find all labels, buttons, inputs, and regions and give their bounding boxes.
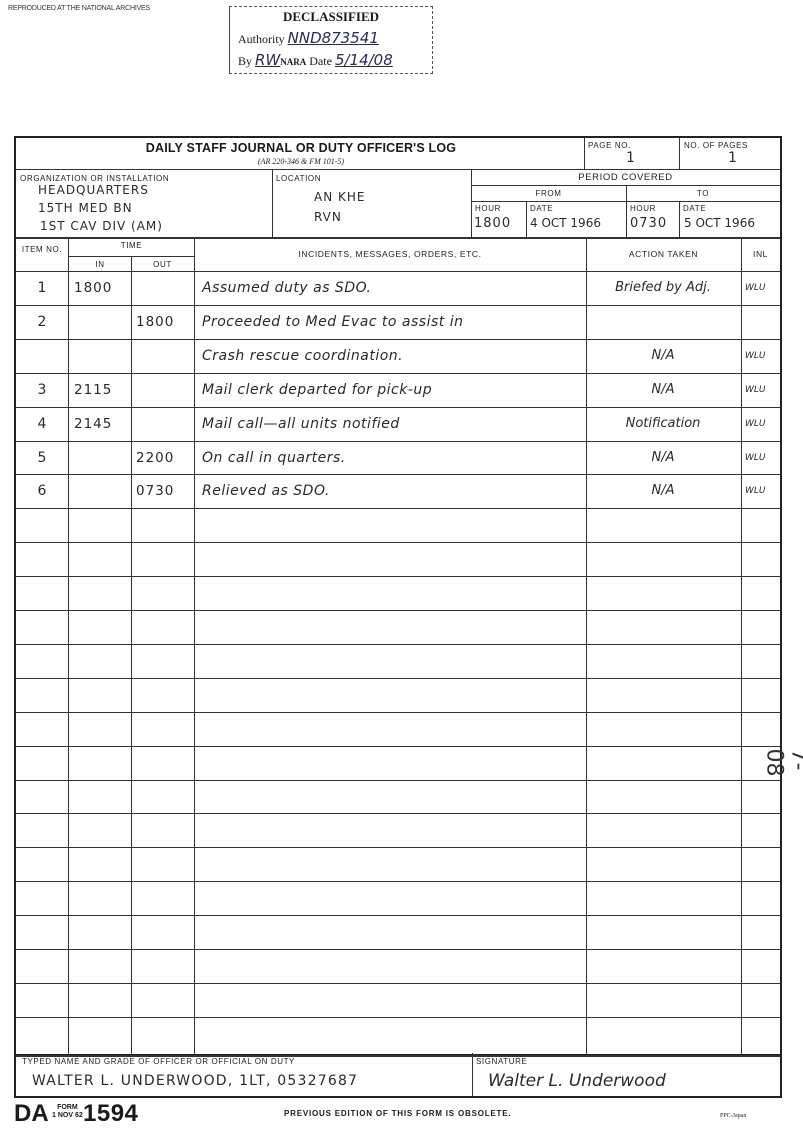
row-divider	[16, 983, 780, 984]
log-initials: WLU	[745, 283, 766, 293]
row-divider	[16, 542, 780, 543]
signature-label: SIGNATURE	[476, 1057, 527, 1066]
row-divider	[16, 339, 780, 340]
column-in: IN	[69, 260, 131, 269]
log-incident-text: Proceeded to Med Evac to assist in	[202, 314, 463, 330]
form-subtitle: (AR 220-346 & FM 101-5)	[16, 157, 586, 166]
column-incidents: INCIDENTS, MESSAGES, ORDERS, ETC.	[194, 249, 586, 259]
stamp-date-label: Date	[309, 54, 332, 68]
stamp-by-line: By RWNARA Date 5/14/08	[238, 51, 393, 69]
log-action-taken: N/A	[586, 450, 740, 465]
divider	[68, 237, 69, 1055]
log-incident-text: Relieved as SDO.	[202, 483, 330, 499]
organization-line-1: HEADQUARTERS	[38, 183, 149, 197]
log-initials: WLU	[745, 385, 766, 395]
stamp-authority-label: Authority	[238, 32, 285, 46]
printer-mark: PPC-Japan	[720, 1113, 746, 1119]
row-divider	[16, 644, 780, 645]
form-title: DAILY STAFF JOURNAL OR DUTY OFFICER'S LO…	[16, 141, 586, 155]
log-item-no: 1	[16, 280, 68, 296]
form-word: FORM	[52, 1104, 83, 1112]
log-initials: WLU	[745, 351, 766, 361]
location-label: LOCATION	[276, 174, 321, 183]
log-action-taken: N/A	[586, 348, 740, 363]
row-divider	[16, 508, 780, 509]
divider	[526, 201, 527, 237]
no-of-pages-value: 1	[728, 150, 737, 166]
log-action-taken: Briefed by Adj.	[586, 280, 740, 295]
divider	[626, 185, 627, 237]
form-number: 1594	[83, 1100, 138, 1128]
to-date-label: DATE	[683, 204, 706, 213]
organization-line-2: 15TH MED BN	[38, 201, 133, 215]
row-divider	[16, 780, 780, 781]
log-incident-text: On call in quarters.	[202, 450, 346, 466]
log-incident-text: Crash rescue coordination.	[202, 348, 403, 364]
row-divider	[16, 1017, 780, 1018]
log-item-no: 5	[16, 450, 68, 466]
no-of-pages-label: NO. OF PAGES	[684, 141, 748, 150]
column-action-taken: ACTION TAKEN	[586, 249, 741, 259]
log-action-taken: N/A	[586, 382, 740, 397]
log-action-taken: Notification	[586, 416, 740, 431]
from-label: FROM	[471, 189, 626, 198]
to-date-value: 5 OCT 1966	[684, 216, 755, 230]
log-item-no: 2	[16, 314, 68, 330]
log-item-no: 6	[16, 483, 68, 499]
to-hour-label: HOUR	[630, 204, 656, 213]
previous-edition-note: PREVIOUS EDITION OF THIS FORM IS OBSOLET…	[284, 1109, 511, 1118]
log-initials: WLU	[745, 453, 766, 463]
duty-log-form: DAILY STAFF JOURNAL OR DUTY OFFICER'S LO…	[14, 136, 782, 1056]
to-label: TO	[626, 189, 780, 198]
log-incident-text: Assumed duty as SDO.	[202, 280, 372, 296]
divider	[16, 237, 780, 239]
location-line-2: RVN	[314, 210, 342, 224]
divider	[194, 237, 195, 1055]
log-time-in: 2145	[74, 416, 112, 432]
row-divider	[16, 712, 780, 713]
from-hour-value: 1800	[474, 216, 511, 231]
form-prefix: DA	[14, 1100, 49, 1128]
divider	[679, 201, 680, 237]
column-out: OUT	[131, 260, 194, 269]
column-item-no: ITEM NO.	[16, 244, 68, 255]
log-item-no: 4	[16, 416, 68, 432]
signature-block: TYPED NAME AND GRADE OF OFFICER OR OFFIC…	[14, 1053, 782, 1098]
log-action-taken: N/A	[586, 483, 740, 498]
row-divider	[16, 474, 780, 475]
stamp-title: DECLASSIFIED	[230, 9, 432, 25]
log-time-out: 1800	[136, 314, 174, 330]
divider	[471, 201, 780, 202]
row-divider	[16, 576, 780, 577]
row-divider	[16, 678, 780, 679]
form-date-block: FORM 1 NOV 62	[52, 1104, 83, 1120]
divider	[679, 138, 680, 169]
declassified-stamp: DECLASSIFIED Authority NND873541 By RWNA…	[229, 6, 433, 74]
typed-name-value: WALTER L. UNDERWOOD, 1LT, 05327687	[32, 1073, 358, 1089]
divider	[16, 169, 780, 170]
row-divider	[16, 915, 780, 916]
to-hour-value: 0730	[630, 216, 667, 231]
organization-label: ORGANIZATION OR INSTALLATION	[20, 174, 169, 183]
row-divider	[16, 610, 780, 611]
row-divider	[16, 881, 780, 882]
log-item-no: 3	[16, 382, 68, 398]
column-inl: INL	[741, 249, 780, 259]
form-date: 1 NOV 62	[52, 1112, 83, 1120]
location-line-1: AN KHE	[314, 190, 365, 204]
archive-note: REPRODUCED AT THE NATIONAL ARCHIVES	[8, 5, 150, 12]
stamp-by-initials: RW	[255, 51, 280, 69]
stamp-by-label: By	[238, 54, 252, 68]
stamp-date-value: 5/14/08	[335, 51, 393, 69]
divider	[272, 169, 273, 237]
from-date-label: DATE	[530, 204, 553, 213]
row-divider	[16, 746, 780, 747]
margin-note: 7-08	[762, 749, 803, 782]
stamp-authority-line: Authority NND873541	[238, 29, 379, 47]
row-divider	[16, 407, 780, 408]
period-covered-label: PERIOD COVERED	[471, 172, 780, 183]
log-time-out: 2200	[136, 450, 174, 466]
row-divider	[16, 305, 780, 306]
from-hour-label: HOUR	[475, 204, 501, 213]
signature-value: Walter L. Underwood	[488, 1071, 666, 1091]
row-divider	[16, 949, 780, 950]
log-time-in: 2115	[74, 382, 112, 398]
row-divider	[16, 373, 780, 374]
page-no-value: 1	[626, 150, 635, 166]
divider	[131, 256, 132, 1055]
stamp-nara-label: NARA	[280, 57, 306, 67]
divider	[741, 237, 742, 1055]
log-initials: WLU	[745, 486, 766, 496]
row-divider	[16, 847, 780, 848]
log-incident-text: Mail clerk departed for pick-up	[202, 382, 432, 398]
column-time: TIME	[69, 241, 194, 250]
log-initials: WLU	[745, 419, 766, 429]
from-date-value: 4 OCT 1966	[530, 216, 601, 230]
row-divider	[16, 813, 780, 814]
stamp-authority-value: NND873541	[288, 29, 379, 47]
log-time-out: 0730	[136, 483, 174, 499]
page-no-label: PAGE NO.	[588, 141, 631, 150]
log-incident-text: Mail call—all units notified	[202, 416, 400, 432]
organization-line-3: 1ST CAV DIV (AM)	[40, 219, 163, 233]
row-divider	[16, 441, 780, 442]
typed-name-label: TYPED NAME AND GRADE OF OFFICER OR OFFIC…	[22, 1057, 295, 1066]
divider	[472, 1053, 473, 1096]
log-time-in: 1800	[74, 280, 112, 296]
divider	[584, 138, 585, 169]
